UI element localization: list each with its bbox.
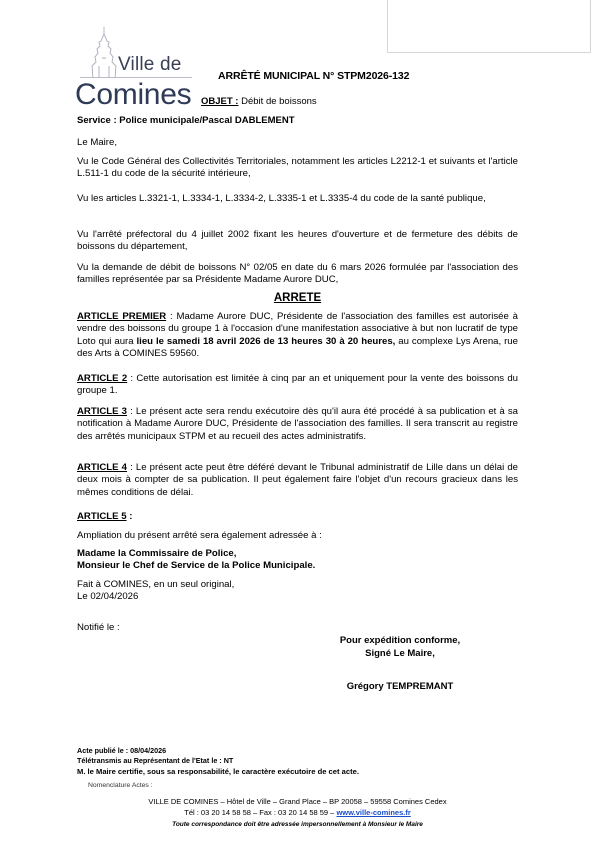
article-2-label: ARTICLE 2 bbox=[77, 373, 127, 384]
church-steeple-icon bbox=[86, 26, 122, 78]
recipient-police-municipale: Monsieur le Chef de Service de la Police… bbox=[77, 560, 518, 572]
website-link[interactable]: www.ville-comines.fr bbox=[336, 808, 410, 817]
footer-phone-fax: Tél : 03 20 14 58 58 – Fax : 03 20 14 58… bbox=[184, 808, 336, 817]
article-4-label: ARTICLE 4 bbox=[77, 462, 127, 473]
vu-cgct: Vu le Code Général des Collectivités Ter… bbox=[77, 156, 518, 181]
article-2-text: : Cette autorisation est limitée à cinq … bbox=[77, 373, 518, 396]
vu-arrete-prefectoral: Vu l'arrêté préfectoral du 4 juillet 200… bbox=[77, 229, 518, 254]
article-4-text: : Le présent acte peut être déféré devan… bbox=[77, 462, 518, 498]
stamp-box bbox=[387, 0, 591, 53]
article-3-text: : Le présent acte sera rendu exécutoire … bbox=[77, 406, 518, 442]
logo-comines: Comines bbox=[75, 78, 191, 112]
arrete-heading: ARRETE bbox=[0, 292, 595, 304]
article-3-label: ARTICLE 3 bbox=[77, 406, 127, 417]
signature-expedition: Pour expédition conforme, bbox=[300, 634, 500, 647]
footer-address: VILLE DE COMINES – Hôtel de Ville – Gran… bbox=[0, 796, 595, 807]
certification: M. le Maire certifie, sous sa responsabi… bbox=[77, 767, 359, 777]
objet-value: Débit de boissons bbox=[241, 96, 317, 107]
vu-sante-publique: Vu les articles L.3321-1, L.3334-1, L.33… bbox=[77, 193, 518, 205]
acte-publie: Acte publié le : 08/04/2026 bbox=[77, 746, 166, 756]
objet-line: OBJET : Débit de boissons bbox=[201, 96, 317, 107]
vu-demande: Vu la demande de débit de boissons N° 02… bbox=[77, 262, 518, 287]
ampliation: Ampliation du présent arrêté sera égalem… bbox=[77, 530, 518, 542]
document-title: ARRÊTÉ MUNICIPAL N° STPM2026-132 bbox=[218, 70, 409, 82]
article-premier-date: lieu le samedi 18 avril 2026 de 13 heure… bbox=[137, 336, 396, 347]
article-4: ARTICLE 4 : Le présent acte peut être dé… bbox=[77, 462, 518, 499]
footer-contact: Tél : 03 20 14 58 58 – Fax : 03 20 14 58… bbox=[0, 807, 595, 818]
recipient-commissaire: Madame la Commissaire de Police, bbox=[77, 548, 518, 560]
objet-label: OBJET : bbox=[201, 96, 238, 107]
signature-signe: Signé Le Maire, bbox=[300, 647, 500, 660]
date: Le 02/04/2026 bbox=[77, 591, 518, 603]
teletransmis: Télétransmis au Représentant de l'Etat l… bbox=[77, 756, 233, 766]
fait-a: Fait à COMINES, en un seul original, bbox=[77, 579, 518, 591]
nomenclature: Nomenclature Actes : bbox=[88, 782, 153, 789]
article-5-label: ARTICLE 5 bbox=[77, 511, 127, 522]
article-5: ARTICLE 5 : bbox=[77, 511, 518, 523]
article-2: ARTICLE 2 : Cette autorisation est limit… bbox=[77, 373, 518, 398]
signature-block: Pour expédition conforme, Signé Le Maire… bbox=[300, 634, 500, 660]
le-maire: Le Maire, bbox=[77, 137, 518, 149]
article-premier-label: ARTICLE PREMIER bbox=[77, 311, 166, 322]
logo: Ville de Comines bbox=[78, 26, 198, 108]
article-5-colon: : bbox=[127, 511, 133, 522]
logo-ville-de: Ville de bbox=[118, 54, 182, 76]
footer-notice: Toute correspondance doit être adressée … bbox=[0, 819, 595, 830]
notifie-le: Notifié le : bbox=[77, 622, 518, 634]
mayor-name: Grégory TEMPREMANT bbox=[300, 680, 500, 693]
article-3: ARTICLE 3 : Le présent acte sera rendu e… bbox=[77, 406, 518, 443]
article-premier: ARTICLE PREMIER : Madame Aurore DUC, Pré… bbox=[77, 311, 518, 361]
service-line: Service : Police municipale/Pascal DABLE… bbox=[77, 115, 295, 126]
